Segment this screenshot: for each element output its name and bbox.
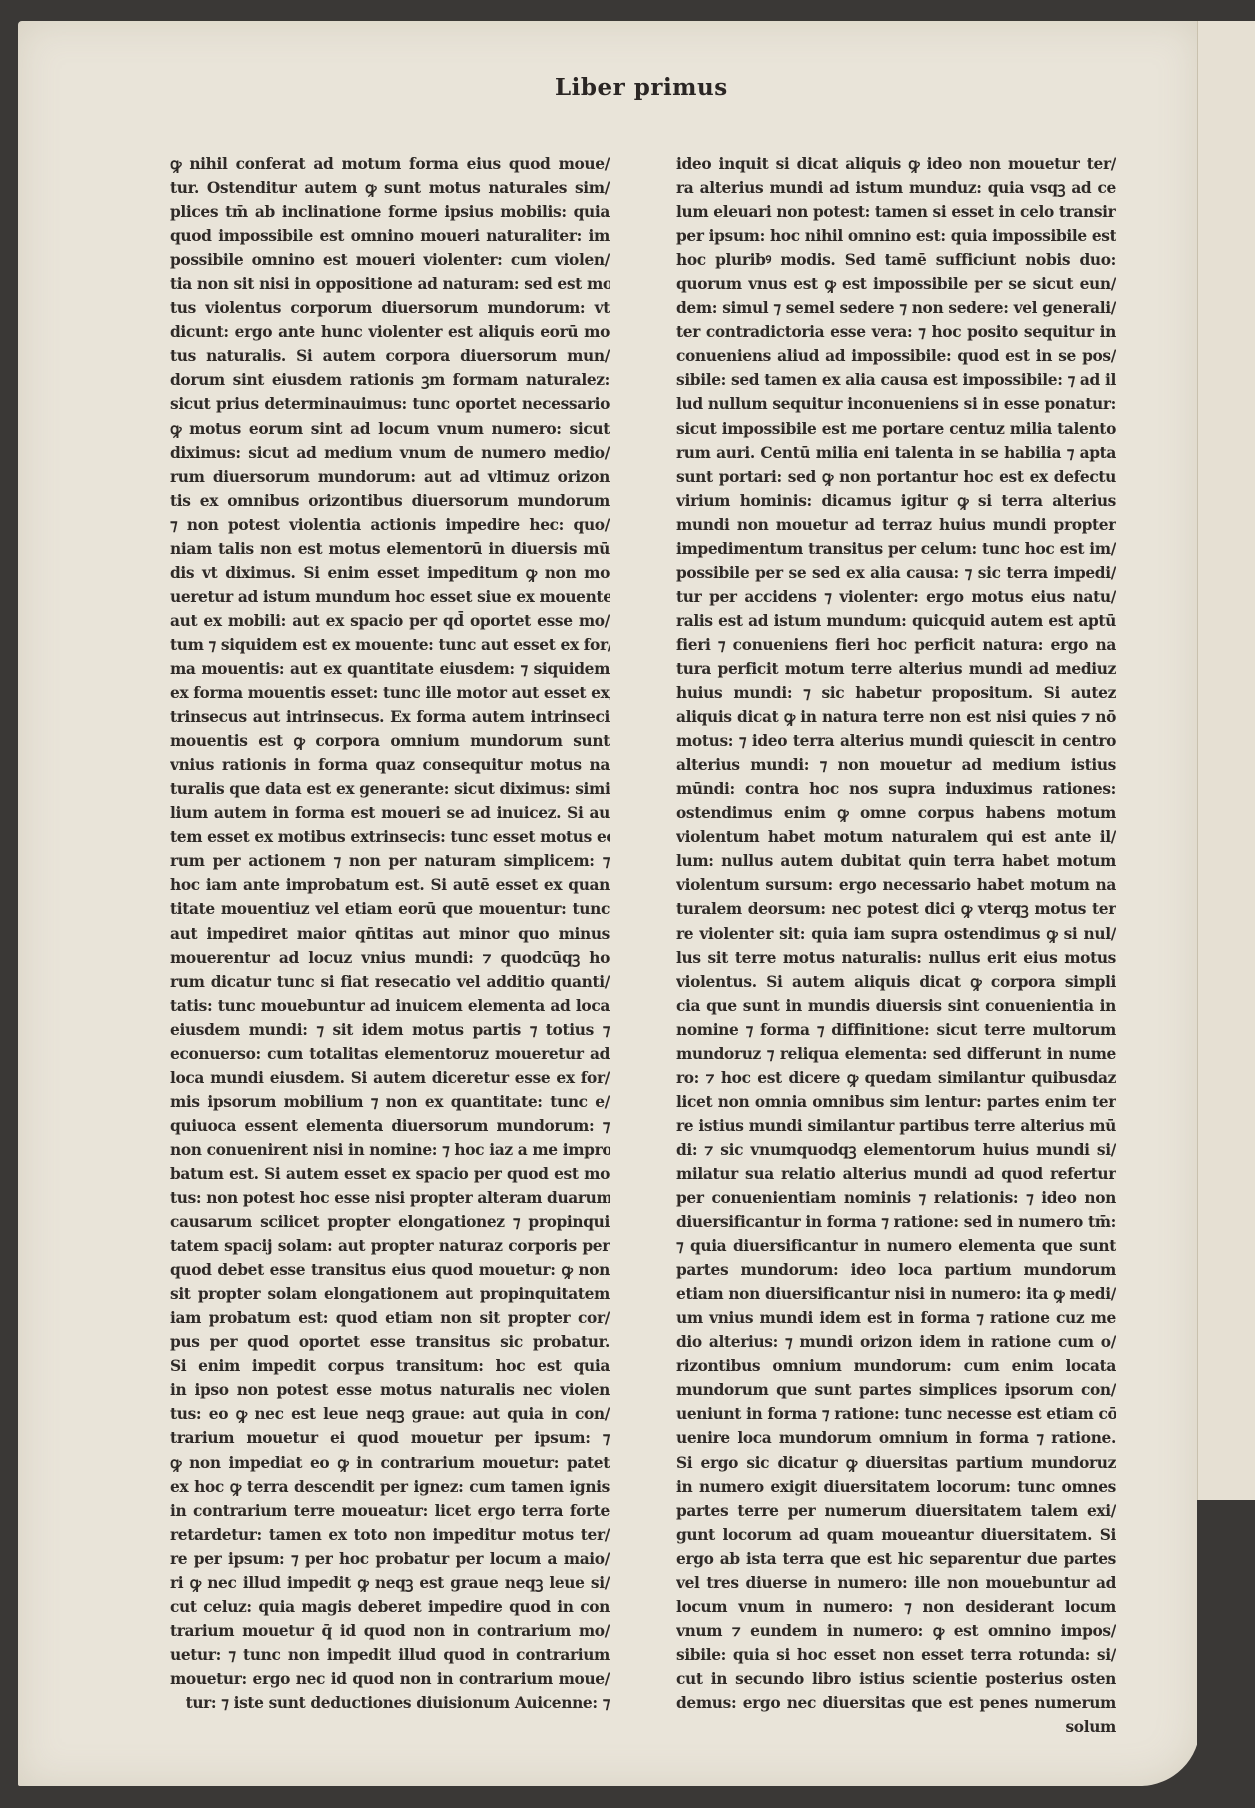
- text-column-right: ideo inquit si dicat aliquis ꝙ ideo non …: [676, 152, 1116, 1739]
- text-line: aliquis dicat ꝙ in natura terre non est …: [676, 705, 1116, 729]
- text-line: re istius mundi similantur partibus terr…: [676, 1114, 1116, 1138]
- text-line: Si enim impedit corpus transitum: hoc es…: [170, 1354, 610, 1378]
- text-line: quod debet esse transitus eius quod moue…: [170, 1258, 610, 1282]
- text-line: uenire loca mundorum omnium in forma ⁊ r…: [676, 1426, 1116, 1450]
- text-line: demus: ergo nec diuersitas que est penes…: [676, 1691, 1116, 1715]
- text-line: rum per actionem ⁊ non per naturam simpl…: [170, 849, 610, 873]
- scan-viewer: Liber primus ꝙ nihil conferat ad motum f…: [0, 0, 1255, 1808]
- text-line: ex hoc ꝙ terra descendit per ignez: cum …: [170, 1475, 610, 1499]
- text-line: ostendimus enim ꝙ omne corpus habens mot…: [676, 801, 1116, 825]
- text-line: partes terre per numerum diuersitatem ta…: [676, 1499, 1116, 1523]
- text-line: dem: simul ⁊ semel sedere ⁊ non sedere: …: [676, 296, 1116, 320]
- text-line: loca mundi eiusdem. Si autem diceretur e…: [170, 1066, 610, 1090]
- text-line: titate mouentiuz vel etiam eorū que moue…: [170, 897, 610, 921]
- text-line: tura perficit motum terre alterius mundi…: [676, 657, 1116, 681]
- text-line: ex forma mouentis esset: tunc ille motor…: [170, 681, 610, 705]
- text-line: ma mouentis: aut ex quantitate eiusdem: …: [170, 657, 610, 681]
- text-line: tis ex omnibus orizontibus diuersorum mu…: [170, 489, 610, 513]
- text-line: pus per quod oportet esse transitus sic …: [170, 1330, 610, 1354]
- text-line: tus naturalis. Si autem corpora diuersor…: [170, 344, 610, 368]
- text-line: mouetur: ergo nec id quod non in contrar…: [170, 1667, 610, 1691]
- text-line: ra alterius mundi ad istum munduz: quia …: [676, 176, 1116, 200]
- text-line: ꝙ nihil conferat ad motum forma eius quo…: [170, 152, 610, 176]
- text-line: aut ex mobili: aut ex spacio per qd̄ opo…: [170, 609, 610, 633]
- text-line: tatis: tunc mouebuntur ad inuicem elemen…: [170, 994, 610, 1018]
- text-line: tem esset ex motibus extrinsecis: tunc e…: [170, 825, 610, 849]
- text-line: non conuenirent nisi in nomine: ⁊ hoc ia…: [170, 1138, 610, 1162]
- text-column-left: ꝙ nihil conferat ad motum forma eius quo…: [170, 152, 610, 1715]
- text-line: dicunt: ergo ante hunc violenter est ali…: [170, 320, 610, 344]
- text-line: etiam non diuersificantur nisi in numero…: [676, 1282, 1116, 1306]
- text-line: partes mundorum: ideo loca partium mundo…: [676, 1258, 1116, 1282]
- text-line: ergo ab ista terra que est hic separentu…: [676, 1547, 1116, 1571]
- text-line: sicut impossibile est me portare centuz …: [676, 417, 1116, 441]
- background-fold: [1197, 1500, 1255, 1800]
- text-line: diuersificantur in forma ⁊ ratione: sed …: [676, 1210, 1116, 1234]
- text-line: possibile per se sed ex alia causa: ⁊ si…: [676, 561, 1116, 585]
- text-line: di: ⁊ sic vnumquodqꝫ elementorum huius m…: [676, 1138, 1116, 1162]
- text-line: rum dicatur tunc si fiat resecatio vel a…: [170, 970, 610, 994]
- text-line: violentus. Si autem aliquis dicat ꝙ corp…: [676, 970, 1116, 994]
- text-line: ter contradictoria esse vera: ⁊ hoc posi…: [676, 320, 1116, 344]
- text-line: hoc iam ante improbatum est. Si autē ess…: [170, 873, 610, 897]
- text-line: turalis que data est ex generante: sicut…: [170, 777, 610, 801]
- text-line: ⁊ quia diuersificantur in numero element…: [676, 1234, 1116, 1258]
- text-line: re per ipsum: ⁊ per hoc probatur per loc…: [170, 1547, 610, 1571]
- text-line: re violenter sit: quia iam supra ostendi…: [676, 922, 1116, 946]
- text-line: mundoruz ⁊ reliqua elementa: sed differu…: [676, 1042, 1116, 1066]
- text-line: solum: [676, 1715, 1116, 1739]
- text-line: rizontibus omnium mundorum: cum enim loc…: [676, 1354, 1116, 1378]
- text-line: impedimentum transitus per celum: tunc h…: [676, 537, 1116, 561]
- text-line: ueretur ad istum mundum hoc esset siue e…: [170, 585, 610, 609]
- text-line: ueniunt in forma ⁊ ratione: tunc necesse…: [676, 1402, 1116, 1426]
- running-head: Liber primus: [555, 74, 728, 101]
- text-line: tus: non potest hoc esse nisi propter al…: [170, 1186, 610, 1210]
- text-line: cia que sunt in mundis diuersis sint con…: [676, 994, 1116, 1018]
- text-line: vel tres diuerse in numero: ille non mou…: [676, 1571, 1116, 1595]
- text-line: uetur: ⁊ tunc non impedit illud quod in …: [170, 1643, 610, 1667]
- text-line: iam probatum est: quod etiam non sit pro…: [170, 1306, 610, 1330]
- text-line: tur per accidens ⁊ violenter: ergo motus…: [676, 585, 1116, 609]
- text-line: retardetur: tamen ex toto non impeditur …: [170, 1523, 610, 1547]
- text-line: cut celuz: quia magis deberet impedire q…: [170, 1595, 610, 1619]
- text-line: rum auri. Centū milia eni talenta in se …: [676, 441, 1116, 465]
- text-line: in ipso non potest esse motus naturalis …: [170, 1378, 610, 1402]
- text-line: batum est. Si autem esset ex spacio per …: [170, 1162, 610, 1186]
- text-line: alterius mundi: ⁊ non mouetur ad medium …: [676, 753, 1116, 777]
- text-line: tur. Ostenditur autem ꝙ sunt motus natur…: [170, 176, 610, 200]
- text-line: ro: ⁊ hoc est dicere ꝙ quedam similantur…: [676, 1066, 1116, 1090]
- text-line: virium hominis: dicamus igitur ꝙ si terr…: [676, 489, 1116, 513]
- text-line: per ipsum: hoc nihil omnino est: quia im…: [676, 224, 1116, 248]
- text-line: sunt portari: sed ꝙ non portantur hoc es…: [676, 465, 1116, 489]
- text-line: licet non omnia omnibus sim lentur: part…: [676, 1090, 1116, 1114]
- text-line: ꝙ motus eorum sint ad locum vnum numero:…: [170, 417, 610, 441]
- text-line: trarium mouetur q̄ id quod non in contra…: [170, 1619, 610, 1643]
- text-line: tum ⁊ siquidem est ex mouente: tunc aut …: [170, 633, 610, 657]
- text-line: gunt locorum ad quam moueantur diuersita…: [676, 1523, 1116, 1547]
- text-line: tus: eo ꝙ nec est leue neqꝫ graue: aut q…: [170, 1402, 610, 1426]
- text-line: lud nullum sequitur inconueniens si in e…: [676, 392, 1116, 416]
- text-line: vnius rationis in forma quaz consequitur…: [170, 753, 610, 777]
- text-line: dis vt diximus. Si enim esset impeditum …: [170, 561, 610, 585]
- text-line: violentum habet motum naturalem qui est …: [676, 825, 1116, 849]
- text-line: ⁊ non potest violentia actionis impedire…: [170, 513, 610, 537]
- text-line: in numero exigit diuersitatem locorum: t…: [676, 1475, 1116, 1499]
- text-line: ꝙ non impediat eo ꝙ in contrarium mouetu…: [170, 1451, 610, 1475]
- text-line: per conuenientiam nominis ⁊ relationis: …: [676, 1186, 1116, 1210]
- text-line: econuerso: cum totalitas elementoruz mou…: [170, 1042, 610, 1066]
- text-line: mundorum que sunt partes simplices ipsor…: [676, 1378, 1116, 1402]
- text-line: ideo inquit si dicat aliquis ꝙ ideo non …: [676, 152, 1116, 176]
- text-line: um vnius mundi idem est in forma ⁊ ratio…: [676, 1306, 1116, 1330]
- text-line: lium autem in forma est moueri se ad inu…: [170, 801, 610, 825]
- text-line: diximus: sicut ad medium vnum de numero …: [170, 441, 610, 465]
- text-line: sibile: sed tamen ex alia causa est impo…: [676, 368, 1116, 392]
- text-line: sibile: quia si hoc esset non esset terr…: [676, 1643, 1116, 1667]
- text-line: dio alterius: ⁊ mundi orizon idem in rat…: [676, 1330, 1116, 1354]
- text-line: in contrarium terre moueatur: licet ergo…: [170, 1499, 610, 1523]
- text-line: mouerentur ad locuz vnius mundi: ⁊ quodc…: [170, 946, 610, 970]
- text-line: violentum sursum: ergo necessario habet …: [676, 873, 1116, 897]
- adjacent-page-edge: [1197, 21, 1255, 1501]
- text-line: turalem deorsum: nec potest dici ꝙ vterq…: [676, 897, 1116, 921]
- text-line: conueniens aliud ad impossibile: quod es…: [676, 344, 1116, 368]
- text-line: aut impediret maior qn̄titas aut minor q…: [170, 922, 610, 946]
- text-line: tatem spacij solam: aut propter naturaz …: [170, 1234, 610, 1258]
- text-line: tia non sit nisi in oppositione ad natur…: [170, 272, 610, 296]
- text-line: lum eleuari non potest: tamen si esset i…: [676, 200, 1116, 224]
- text-line: hoc pluribꝰ modis. Sed tamē sufficiunt n…: [676, 248, 1116, 272]
- text-line: lum: nullus autem dubitat quin terra hab…: [676, 849, 1116, 873]
- text-line: trinsecus aut intrinsecus. Ex forma aute…: [170, 705, 610, 729]
- text-line: quorum vnus est ꝙ est impossibile per se…: [676, 272, 1116, 296]
- text-line: huius mundi: ⁊ sic habetur propositum. S…: [676, 681, 1116, 705]
- text-line: tus violentus corporum diuersorum mundor…: [170, 296, 610, 320]
- text-line: sicut prius determinauimus: tunc oportet…: [170, 392, 610, 416]
- text-line: mouentis est ꝙ corpora omnium mundorum s…: [170, 729, 610, 753]
- text-line: vnum ⁊ eundem in numero: ꝙ est omnino im…: [676, 1619, 1116, 1643]
- text-line: sit propter solam elongationem aut propi…: [170, 1282, 610, 1306]
- text-line: niam talis non est motus elementorū in d…: [170, 537, 610, 561]
- text-line: mis ipsorum mobilium ⁊ non ex quantitate…: [170, 1090, 610, 1114]
- text-line: mundi non mouetur ad terraz huius mundi …: [676, 513, 1116, 537]
- text-line: eiusdem mundi: ⁊ sit idem motus partis ⁊…: [170, 1018, 610, 1042]
- text-line: tur: ⁊ iste sunt deductiones diuisionum …: [170, 1691, 610, 1715]
- text-line: causarum scilicet propter elongationez ⁊…: [170, 1210, 610, 1234]
- text-line: lus sit terre motus naturalis: nullus er…: [676, 946, 1116, 970]
- text-line: nomine ⁊ forma ⁊ diffinitione: sicut ter…: [676, 1018, 1116, 1042]
- text-line: milatur sua relatio alterius mundi ad qu…: [676, 1162, 1116, 1186]
- text-line: possibile omnino est moueri violenter: c…: [170, 248, 610, 272]
- text-line: quiuoca essent elementa diuersorum mundo…: [170, 1114, 610, 1138]
- text-line: mūndi: contra hoc nos supra induximus ra…: [676, 777, 1116, 801]
- text-line: plices tm̄ ab inclinatione forme ipsius …: [170, 200, 610, 224]
- text-line: dorum sint eiusdem rationis ꝫm formam na…: [170, 368, 610, 392]
- text-line: cut in secundo libro istius scientie pos…: [676, 1667, 1116, 1691]
- text-line: Si ergo sic dicatur ꝙ diuersitas partium…: [676, 1451, 1116, 1475]
- text-line: rum diuersorum mundorum: aut ad vltimuz …: [170, 465, 610, 489]
- text-line: fieri ⁊ conueniens fieri hoc perficit na…: [676, 633, 1116, 657]
- text-line: ri ꝙ nec illud impedit ꝙ neqꝫ est graue …: [170, 1571, 610, 1595]
- text-line: trarium mouetur ei quod mouetur per ipsu…: [170, 1426, 610, 1450]
- text-line: quod impossibile est omnino moueri natur…: [170, 224, 610, 248]
- text-line: motus: ⁊ ideo terra alterius mundi quies…: [676, 729, 1116, 753]
- text-line: locum vnum in numero: ⁊ non desiderant l…: [676, 1595, 1116, 1619]
- text-line: ralis est ad istum mundum: quicquid aute…: [676, 609, 1116, 633]
